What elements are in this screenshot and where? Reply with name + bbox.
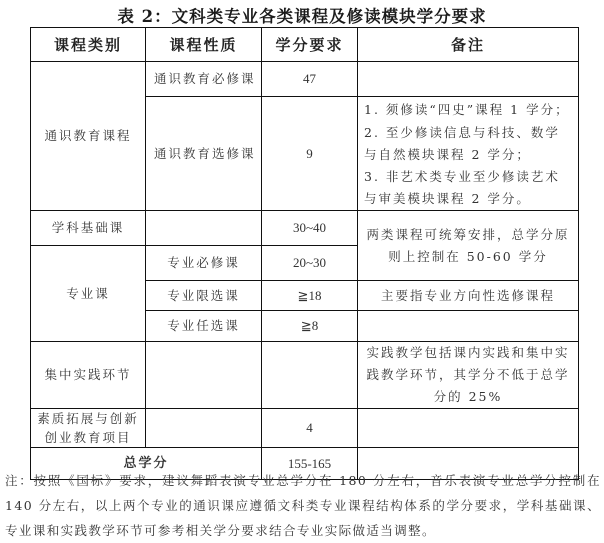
credits-cell: ≧8 [262, 311, 358, 342]
note-cell: 实践教学包括课内实践和集中实践教学环节，其学分不低于总学分的 25% [358, 342, 579, 409]
note-line: 3. 非艺术类专业至少修读艺术与审美模块课程 2 学分。 [364, 166, 574, 210]
nature-cell [146, 409, 262, 448]
note-line: 1. 须修读“四史”课程 1 学分； [364, 97, 574, 122]
category-cell: 学科基础课 [31, 211, 146, 246]
note-cell [358, 311, 579, 342]
note-cell [358, 409, 579, 448]
table-row: 通识教育课程 通识教育必修课 47 [31, 62, 579, 97]
header-category: 课程类别 [31, 28, 146, 62]
credits-cell: 30~40 [262, 211, 358, 246]
credits-cell: ≧18 [262, 281, 358, 311]
table-row: 素质拓展与创新创业教育项目 4 [31, 409, 579, 448]
credit-requirements-table: 课程类别 课程性质 学分要求 备注 通识教育课程 通识教育必修课 47 通识教育… [30, 27, 579, 480]
note-cell: 主要指专业方向性选修课程 [358, 281, 579, 311]
note-line: 2. 至少修读信息与科技、数学与自然模块课程 2 学分； [364, 122, 574, 166]
credits-cell: 20~30 [262, 246, 358, 281]
table-title: 表 2：文科类专业各类课程及修读模块学分要求 [0, 3, 604, 27]
table-row: 学科基础课 30~40 两类课程可统筹安排，总学分原则上控制在 50-60 学分 [31, 211, 579, 246]
nature-cell: 专业任选课 [146, 311, 262, 342]
credits-cell: 9 [262, 97, 358, 211]
nature-cell: 专业限选课 [146, 281, 262, 311]
category-cell: 通识教育课程 [31, 62, 146, 211]
table-row: 集中实践环节 实践教学包括课内实践和集中实践教学环节，其学分不低于总学分的 25… [31, 342, 579, 409]
header-notes: 备注 [358, 28, 579, 62]
header-credits: 学分要求 [262, 28, 358, 62]
nature-cell [146, 342, 262, 409]
credits-cell [262, 342, 358, 409]
credits-cell: 47 [262, 62, 358, 97]
footnote: 注：按照《国标》要求，建议舞蹈表演专业总学分在 180 分左右，音乐表演专业总学… [5, 468, 601, 543]
note-cell: 1. 须修读“四史”课程 1 学分； 2. 至少修读信息与科技、数学与自然模块课… [358, 97, 579, 211]
header-nature: 课程性质 [146, 28, 262, 62]
credits-cell: 4 [262, 409, 358, 448]
header-row: 课程类别 课程性质 学分要求 备注 [31, 28, 579, 62]
nature-cell: 通识教育选修课 [146, 97, 262, 211]
note-cell [358, 62, 579, 97]
note-cell: 两类课程可统筹安排，总学分原则上控制在 50-60 学分 [358, 211, 579, 281]
nature-cell [146, 211, 262, 246]
category-cell: 集中实践环节 [31, 342, 146, 409]
category-cell: 素质拓展与创新创业教育项目 [31, 409, 146, 448]
nature-cell: 通识教育必修课 [146, 62, 262, 97]
nature-cell: 专业必修课 [146, 246, 262, 281]
category-cell: 专业课 [31, 246, 146, 342]
